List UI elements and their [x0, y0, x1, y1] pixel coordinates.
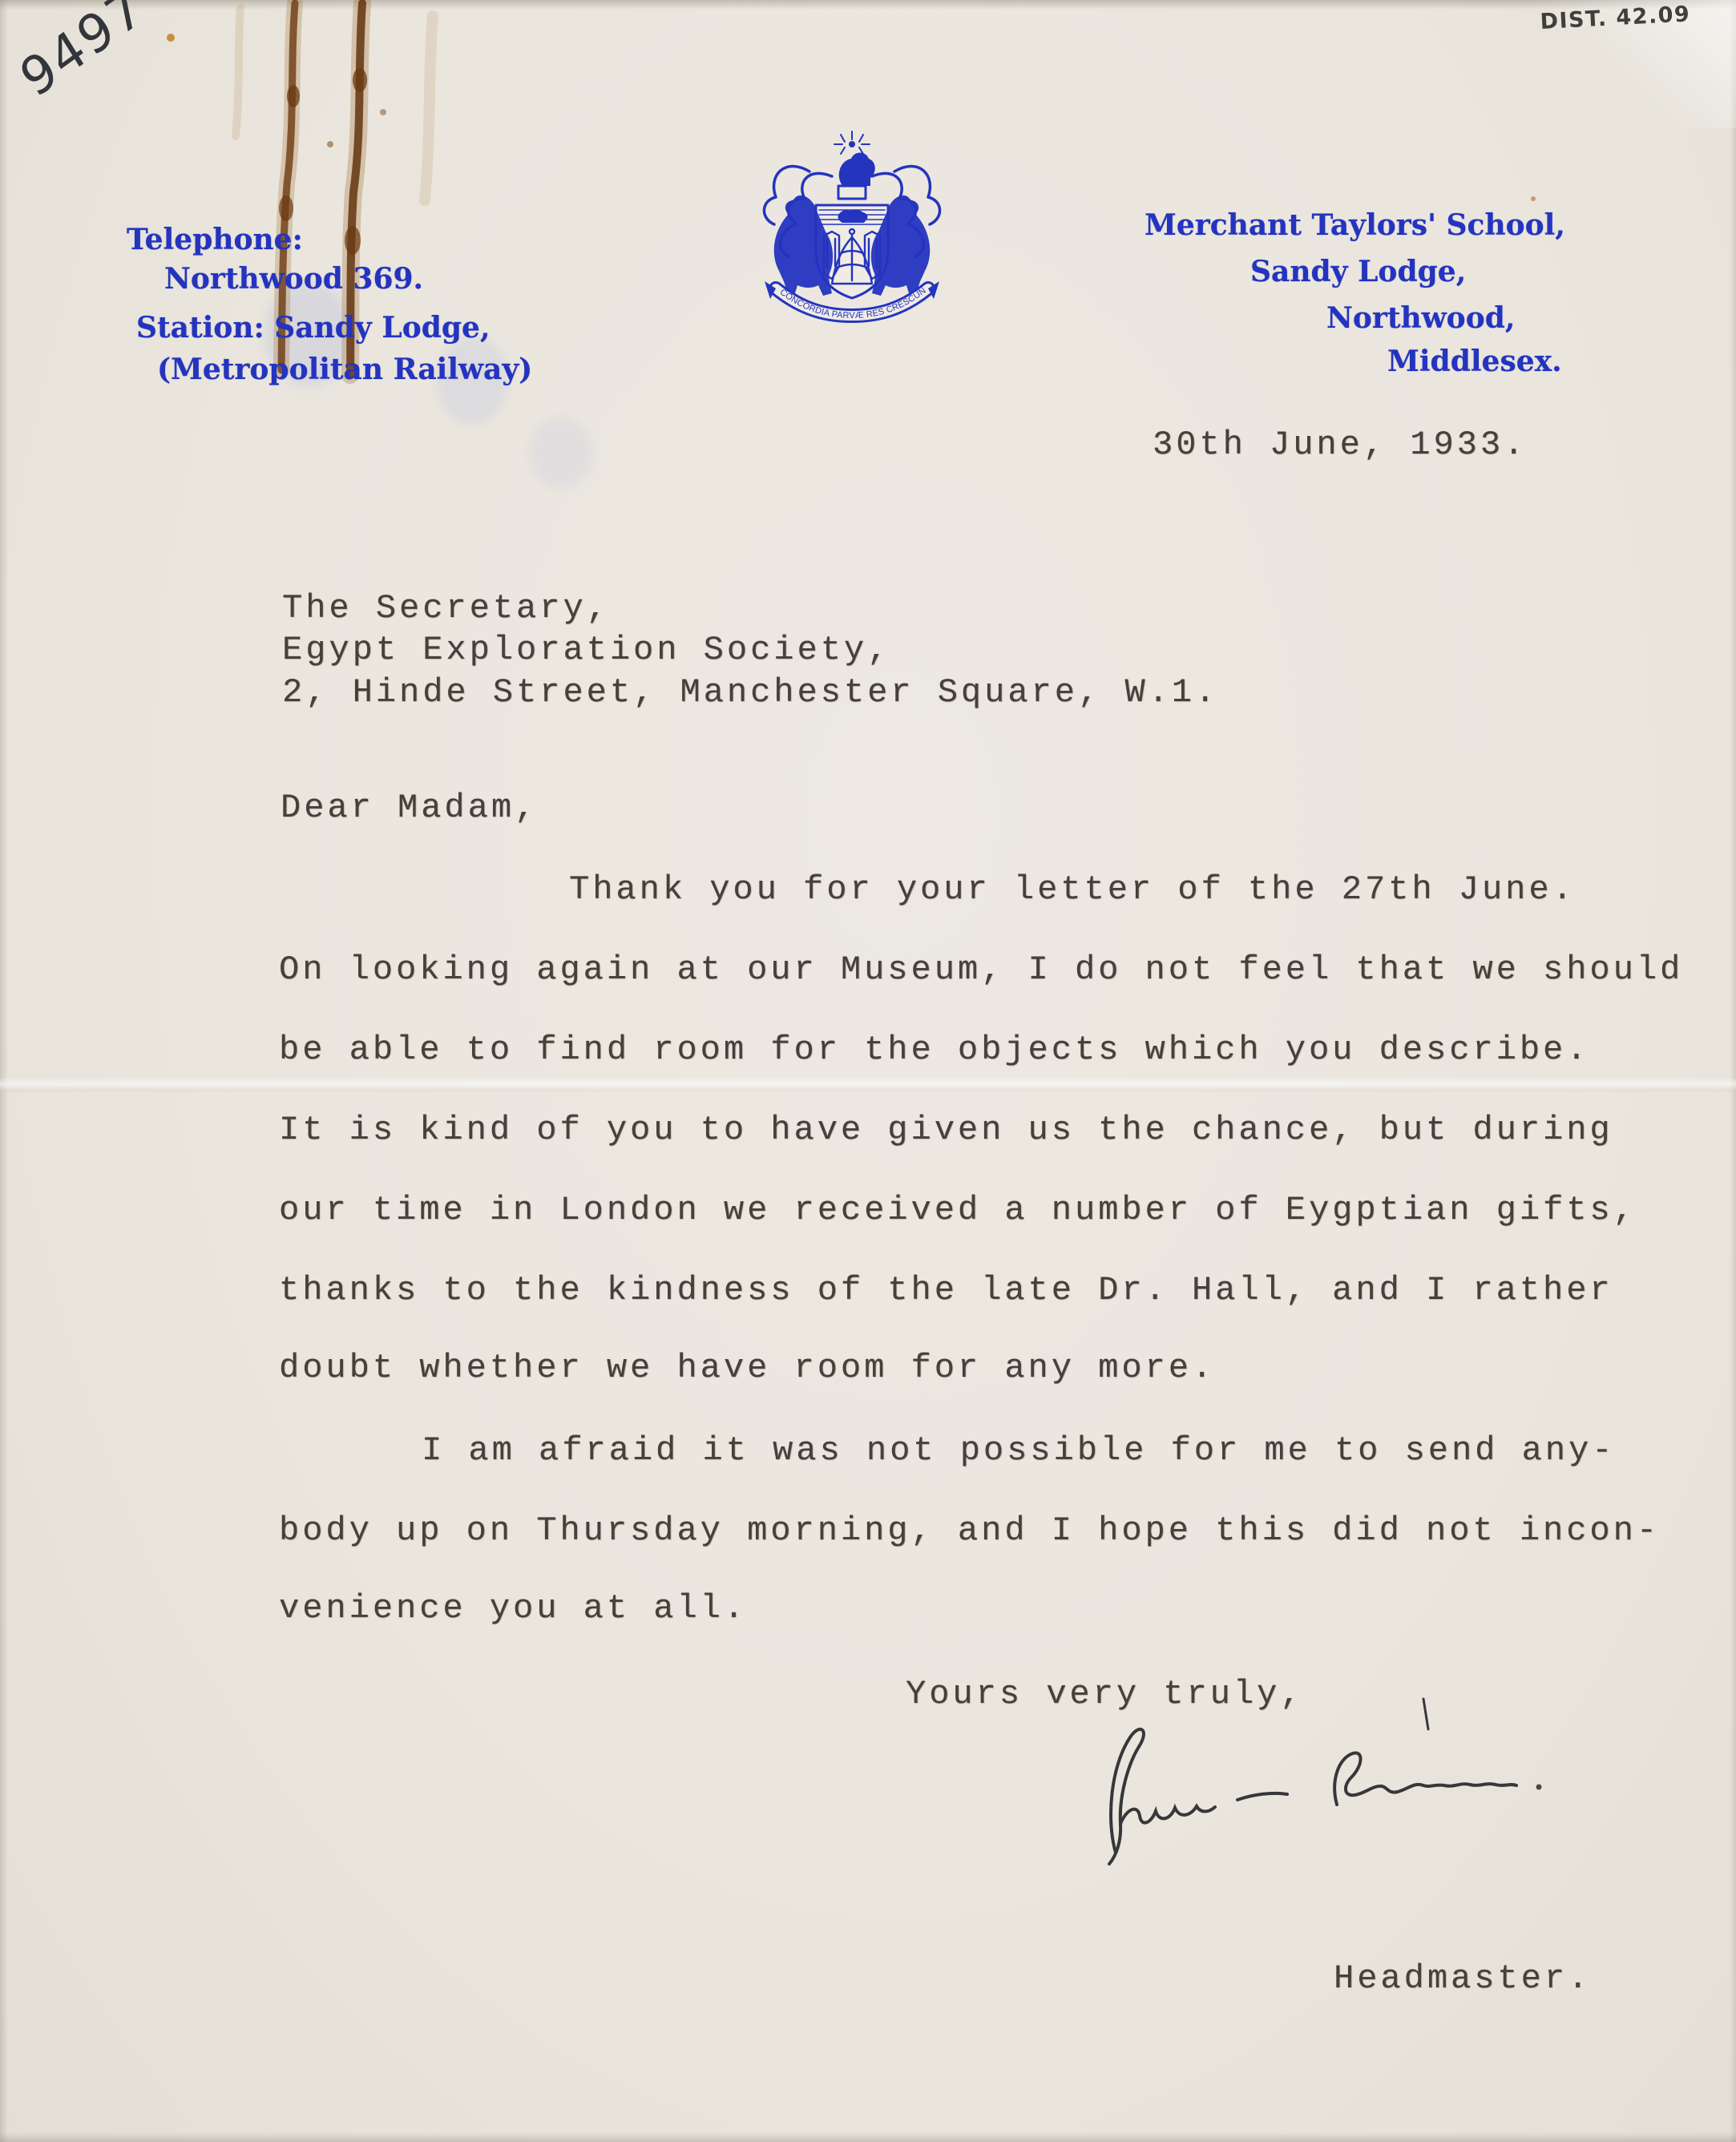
paper-edge-shadow-left	[0, 0, 8, 2142]
recipient-line: Egypt Exploration Society,	[282, 633, 890, 667]
crest-helm	[838, 186, 866, 199]
body-line: doubt whether we have room for any more.	[279, 1351, 1215, 1385]
recipient-line: The Secretary,	[282, 591, 610, 625]
paper-crease-line	[0, 1077, 1736, 1093]
blue-ink-smudge	[529, 417, 593, 489]
crest-mantling	[764, 166, 939, 256]
station-line: Station: Sandy Lodge,	[136, 313, 491, 342]
paper-edge-shadow-right	[1730, 0, 1736, 2142]
handwritten-signature	[1066, 1683, 1611, 1891]
telephone-number: Northwood 369.	[164, 264, 423, 293]
body-line: be able to find room for the objects whi…	[279, 1033, 1589, 1067]
school-address-line: Middlesex.	[1387, 347, 1562, 376]
crest-lion-passant	[838, 210, 868, 223]
paper-edge-shadow-top	[0, 0, 1736, 10]
archive-number-handwritten: 9497	[13, 0, 153, 106]
crest-tent	[832, 229, 872, 284]
school-address-line: Sandy Lodge,	[1250, 257, 1466, 286]
body-line: I am afraid it was not possible for me t…	[422, 1434, 1615, 1467]
telephone-label: Telephone:	[127, 225, 303, 254]
scanned-letter-page: 9497 DIST. 42.09 Telephone: Northwood 36…	[0, 0, 1736, 2142]
crest-shield	[816, 205, 888, 298]
station-railway-line: (Metropolitan Railway)	[157, 355, 532, 384]
body-line: venience you at all.	[279, 1591, 747, 1625]
crest-robes	[824, 232, 880, 279]
crest-motto-text: CONCORDIA PARVÆ RES CRESCUNT	[752, 127, 928, 321]
body-line: body up on Thursday morning, and I hope …	[279, 1514, 1660, 1547]
body-line: It is kind of you to have given us the c…	[279, 1113, 1613, 1147]
crest-chief	[819, 210, 885, 224]
body-line: thanks to the kindness of the late Dr. H…	[279, 1273, 1613, 1307]
body-line: On looking again at our Museum, I do not…	[279, 953, 1683, 986]
crest-sunburst	[834, 131, 870, 154]
crest-supporter-right	[871, 196, 930, 296]
school-address-line: Northwood,	[1326, 304, 1515, 333]
body-line: Thank you for your letter of the 27th Ju…	[569, 873, 1576, 906]
school-name: Merchant Taylors' School,	[1145, 211, 1565, 240]
signature-title: Headmaster.	[1334, 1962, 1591, 1995]
paper-edge-shadow-bottom	[0, 2132, 1736, 2142]
body-line: our time in London we received a number …	[279, 1193, 1637, 1227]
recipient-line: 2, Hinde Street, Manchester Square, W.1.	[282, 676, 1218, 709]
svg-text:CONCORDIA PARVÆ RES CRESCUNT: CONCORDIA PARVÆ RES CRESCUNT	[752, 127, 928, 321]
crest-lion-top	[839, 153, 875, 187]
letter-date: 30th June, 1933.	[1153, 428, 1527, 462]
salutation: Dear Madam,	[281, 791, 538, 825]
school-crest: CONCORDIA PARVÆ RES CRESCUNT	[752, 127, 952, 327]
crest-supporter-left	[774, 196, 833, 296]
crest-motto-ribbon	[765, 281, 939, 316]
closing-line: Yours very truly,	[906, 1677, 1303, 1711]
